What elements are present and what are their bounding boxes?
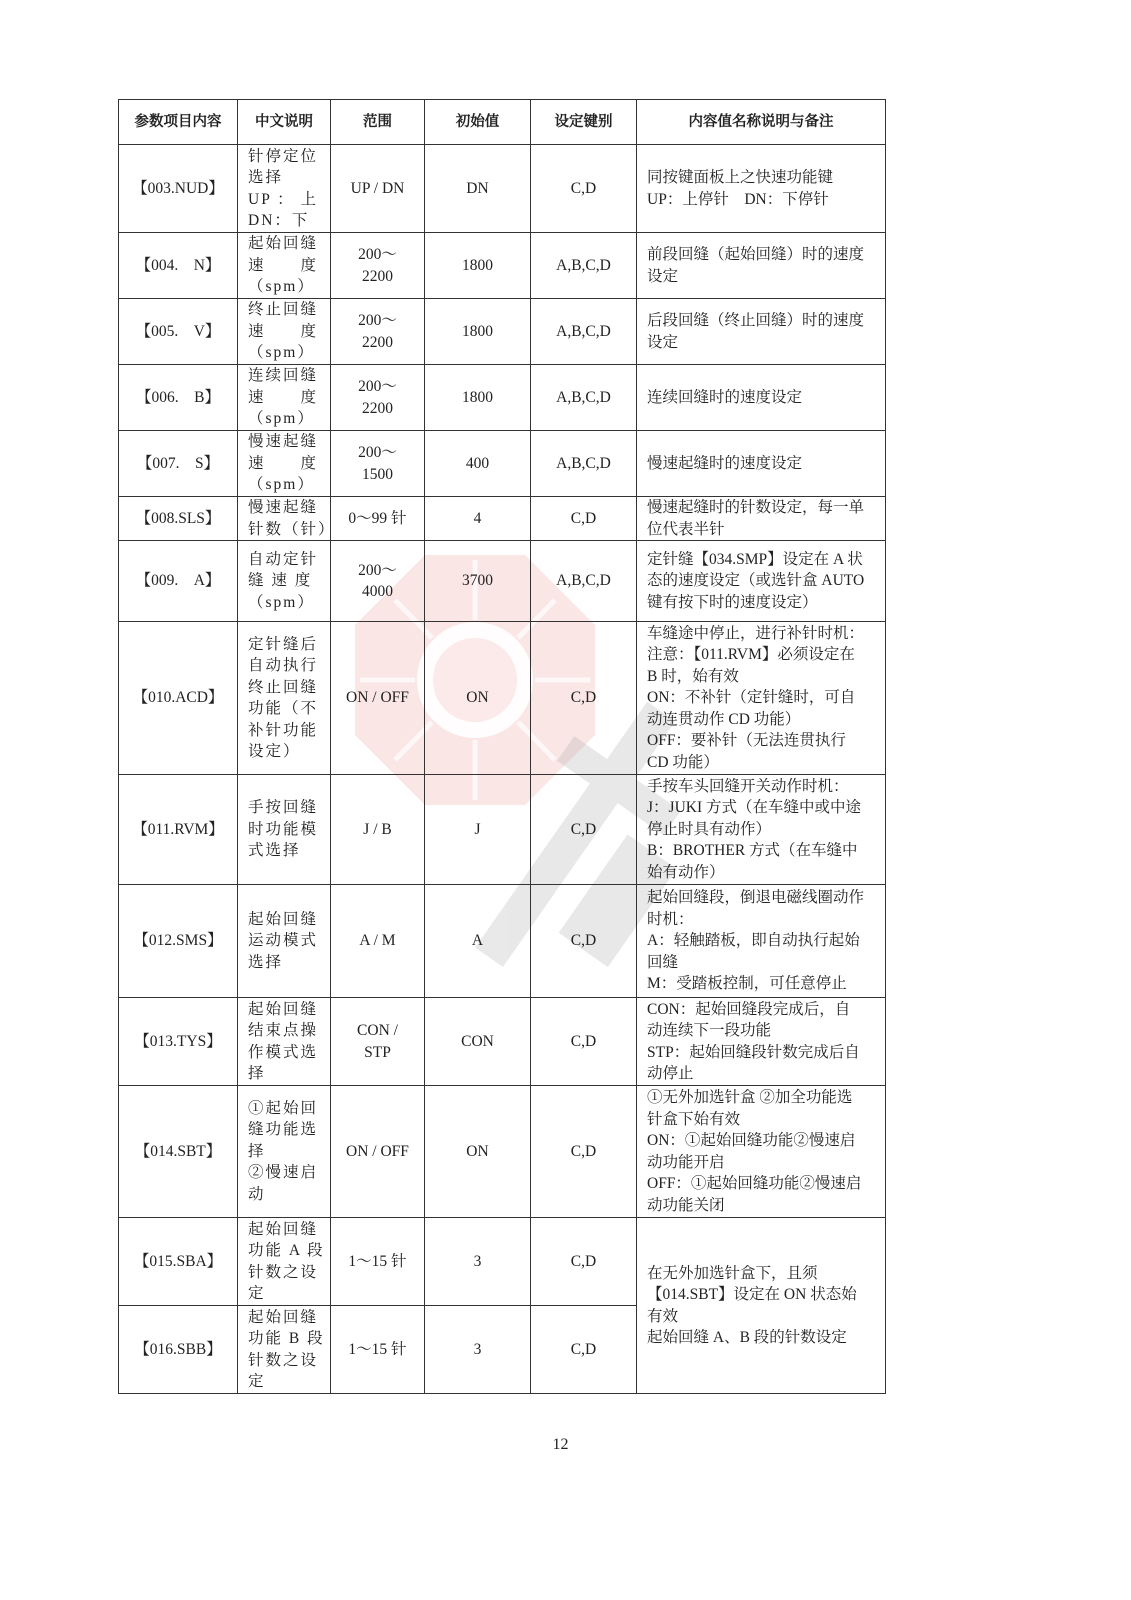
- range-value: CON /STP: [331, 998, 425, 1086]
- document-page: 参数项目内容 中文说明 范围 初始值 设定键别 内容值名称说明与备注 【003.…: [118, 99, 886, 1394]
- setting-keys: C,D: [531, 1086, 637, 1218]
- note-line: 定针缝【034.SMP】设定在 A 状: [647, 549, 875, 571]
- note-line: 动连续下一段功能: [647, 1020, 875, 1042]
- range-value: 1～15 针: [331, 1218, 425, 1306]
- description-line: 自动定针: [248, 549, 320, 571]
- setting-keys: A,B,C,D: [531, 233, 637, 299]
- range-line: 4000: [339, 581, 416, 603]
- table-row: 【011.RVM】手按回缝时功能模式选择J / BJC,D手按车头回缝开关动作时…: [119, 775, 886, 885]
- range-line: STP: [339, 1042, 416, 1064]
- shared-notes-cell: 在无外加选针盒下，且须【014.SBT】设定在 ON 状态始有效起始回缝 A、B…: [637, 1218, 886, 1394]
- note-line: 前段回缝（起始回缝）时的速度: [647, 244, 875, 266]
- note-line: 动功能关闭: [647, 1195, 875, 1217]
- chinese-description: 起始回缝运动模式选择: [238, 885, 331, 998]
- page-number: 12: [0, 1436, 1121, 1454]
- chinese-description: ①起始回缝功能选择②慢速启动: [238, 1086, 331, 1218]
- description-line: 运动模式: [248, 930, 320, 952]
- header-initial-value: 初始值: [425, 100, 531, 145]
- header-notes: 内容值名称说明与备注: [637, 100, 886, 145]
- note-line: 有效: [647, 1306, 875, 1328]
- note-line: A：轻触踏板，即自动执行起始: [647, 930, 875, 952]
- initial-value: 3: [425, 1306, 531, 1394]
- range-value: UP / DN: [331, 145, 425, 233]
- note-line: 车缝途中停止，进行补针时机：: [647, 623, 875, 645]
- range-line: 1～15 针: [339, 1339, 416, 1361]
- param-code: 【008.SLS】: [119, 497, 238, 541]
- description-line: 起始回缝: [248, 1307, 320, 1329]
- description-line: UP ： 上: [248, 189, 320, 211]
- range-value: 0～99 针: [331, 497, 425, 541]
- setting-keys: C,D: [531, 1306, 637, 1394]
- range-line: 200～: [339, 560, 416, 582]
- range-line: ON / OFF: [339, 687, 416, 709]
- table-row: 【008.SLS】慢速起缝针数（针）0～99 针4C,D慢速起缝时的针数设定，每…: [119, 497, 886, 541]
- description-line: 速 度: [248, 453, 320, 475]
- range-line: 200～: [339, 376, 416, 398]
- notes-cell: 后段回缝（终止回缝）时的速度设定: [637, 299, 886, 365]
- range-value: 1～15 针: [331, 1306, 425, 1394]
- notes-cell: 车缝途中停止，进行补针时机：注意：【011.RVM】必须设定在B 时，始有效ON…: [637, 622, 886, 775]
- description-line: 结束点操: [248, 1020, 320, 1042]
- note-line: ON：不补针（定针缝时，可自: [647, 687, 875, 709]
- description-line: 针停定位: [248, 146, 320, 168]
- notes-cell: 起始回缝段，倒退电磁线圈动作时机：A：轻触踏板，即自动执行起始回缝M：受踏板控制…: [637, 885, 886, 998]
- setting-keys: C,D: [531, 1218, 637, 1306]
- description-line: 终止回缝: [248, 299, 320, 321]
- range-line: ON / OFF: [339, 1141, 416, 1163]
- description-line: 时功能模: [248, 819, 320, 841]
- param-code: 【016.SBB】: [119, 1306, 238, 1394]
- range-value: 200～1500: [331, 431, 425, 497]
- param-code: 【003.NUD】: [119, 145, 238, 233]
- param-code: 【013.TYS】: [119, 998, 238, 1086]
- description-line: ②慢速启: [248, 1162, 320, 1184]
- param-code: 【004. N】: [119, 233, 238, 299]
- chinese-description: 起始回缝速 度（spm）: [238, 233, 331, 299]
- param-code: 【005. V】: [119, 299, 238, 365]
- chinese-description: 自动定针缝 速 度（spm）: [238, 541, 331, 622]
- notes-cell: 同按键面板上之快速功能键UP：上停针 DN：下停针: [637, 145, 886, 233]
- description-line: （spm）: [248, 408, 320, 430]
- initial-value: 1800: [425, 299, 531, 365]
- description-line: 择: [248, 1063, 320, 1085]
- table-header-row: 参数项目内容 中文说明 范围 初始值 设定键别 内容值名称说明与备注: [119, 100, 886, 145]
- initial-value: 4: [425, 497, 531, 541]
- initial-value: 3: [425, 1218, 531, 1306]
- initial-value: J: [425, 775, 531, 885]
- setting-keys: C,D: [531, 145, 637, 233]
- notes-cell: 定针缝【034.SMP】设定在 A 状态的速度设定（或选针盒 AUTO键有按下时…: [637, 541, 886, 622]
- description-line: 终止回缝: [248, 677, 320, 699]
- note-line: 回缝: [647, 952, 875, 974]
- initial-value: DN: [425, 145, 531, 233]
- range-value: 200～4000: [331, 541, 425, 622]
- notes-cell: 慢速起缝时的针数设定，每一单位代表半针: [637, 497, 886, 541]
- setting-keys: C,D: [531, 885, 637, 998]
- description-line: 手按回缝: [248, 797, 320, 819]
- note-line: 动停止: [647, 1063, 875, 1085]
- param-code: 【012.SMS】: [119, 885, 238, 998]
- chinese-description: 连续回缝速 度（spm）: [238, 365, 331, 431]
- header-chinese-desc: 中文说明: [238, 100, 331, 145]
- description-line: 动: [248, 1184, 320, 1206]
- header-setting-keys: 设定键别: [531, 100, 637, 145]
- range-line: J / B: [339, 819, 416, 841]
- description-line: 设定）: [248, 741, 320, 763]
- range-value: 200～2200: [331, 299, 425, 365]
- note-line: 动连贯动作 CD 功能）: [647, 709, 875, 731]
- table-row: 【003.NUD】针停定位选择UP ： 上DN：下UP / DNDNC,D同按键…: [119, 145, 886, 233]
- chinese-description: 慢速起缝速 度（spm）: [238, 431, 331, 497]
- description-line: 功能 A 段: [248, 1240, 320, 1262]
- note-line: 始有动作）: [647, 862, 875, 884]
- description-line: 慢速起缝: [248, 497, 320, 519]
- notes-cell: 连续回缝时的速度设定: [637, 365, 886, 431]
- description-line: 补针功能: [248, 720, 320, 742]
- description-line: 起始回缝: [248, 1219, 320, 1241]
- range-value: ON / OFF: [331, 1086, 425, 1218]
- description-line: （spm）: [248, 474, 320, 496]
- range-value: ON / OFF: [331, 622, 425, 775]
- description-line: 定: [248, 1371, 320, 1393]
- note-line: 动功能开启: [647, 1152, 875, 1174]
- note-line: 起始回缝 A、B 段的针数设定: [647, 1327, 875, 1349]
- initial-value: CON: [425, 998, 531, 1086]
- note-line: STP：起始回缝段针数完成后自: [647, 1042, 875, 1064]
- initial-value: 1800: [425, 365, 531, 431]
- note-line: 针盒下始有效: [647, 1109, 875, 1131]
- notes-cell: 慢速起缝时的速度设定: [637, 431, 886, 497]
- table-row: 【004. N】起始回缝速 度（spm）200～22001800A,B,C,D前…: [119, 233, 886, 299]
- description-line: DN：下: [248, 210, 320, 232]
- range-line: 2200: [339, 398, 416, 420]
- chinese-description: 起始回缝结束点操作模式选择: [238, 998, 331, 1086]
- note-line: 停止时具有动作）: [647, 819, 875, 841]
- description-line: （spm）: [248, 342, 320, 364]
- description-line: 定针缝后: [248, 634, 320, 656]
- description-line: 缝 速 度: [248, 570, 320, 592]
- range-line: CON /: [339, 1020, 416, 1042]
- notes-cell: 前段回缝（起始回缝）时的速度设定: [637, 233, 886, 299]
- initial-value: 1800: [425, 233, 531, 299]
- notes-cell: ①无外加选针盒 ②加全功能选针盒下始有效ON：①起始回缝功能②慢速启动功能开启O…: [637, 1086, 886, 1218]
- range-line: 1～15 针: [339, 1251, 416, 1273]
- param-code: 【006. B】: [119, 365, 238, 431]
- note-line: 在无外加选针盒下，且须: [647, 1263, 875, 1285]
- table-row: 【015.SBA】起始回缝功能 A 段针数之设定1～15 针3C,D在无外加选针…: [119, 1218, 886, 1306]
- range-value: 200～2200: [331, 233, 425, 299]
- note-line: ①无外加选针盒 ②加全功能选: [647, 1087, 875, 1109]
- param-code: 【014.SBT】: [119, 1086, 238, 1218]
- note-line: 注意：【011.RVM】必须设定在: [647, 644, 875, 666]
- chinese-description: 起始回缝功能 B 段针数之设定: [238, 1306, 331, 1394]
- range-value: A / M: [331, 885, 425, 998]
- description-line: 功能（不: [248, 698, 320, 720]
- range-value: J / B: [331, 775, 425, 885]
- range-line: UP / DN: [339, 178, 416, 200]
- setting-keys: A,B,C,D: [531, 365, 637, 431]
- header-range: 范围: [331, 100, 425, 145]
- note-line: 键有按下时的速度设定）: [647, 592, 875, 614]
- description-line: 起始回缝: [248, 233, 320, 255]
- note-line: 设定: [647, 332, 875, 354]
- description-line: 择: [248, 1141, 320, 1163]
- initial-value: A: [425, 885, 531, 998]
- note-line: 时机：: [647, 909, 875, 931]
- description-line: 选择: [248, 167, 320, 189]
- description-line: 式选择: [248, 840, 320, 862]
- table-row: 【013.TYS】起始回缝结束点操作模式选择CON /STPCONC,DCON：…: [119, 998, 886, 1086]
- description-line: 针数之设: [248, 1350, 320, 1372]
- chinese-description: 慢速起缝针数（针）: [238, 497, 331, 541]
- note-line: 设定: [647, 266, 875, 288]
- description-line: 选择: [248, 952, 320, 974]
- param-code: 【011.RVM】: [119, 775, 238, 885]
- note-line: 位代表半针: [647, 519, 875, 541]
- note-line: 连续回缝时的速度设定: [647, 387, 875, 409]
- note-line: CD 功能）: [647, 752, 875, 774]
- notes-cell: CON：起始回缝段完成后，自动连续下一段功能STP：起始回缝段针数完成后自动停止: [637, 998, 886, 1086]
- chinese-description: 终止回缝速 度（spm）: [238, 299, 331, 365]
- initial-value: 400: [425, 431, 531, 497]
- description-line: 速 度: [248, 321, 320, 343]
- description-line: 作模式选: [248, 1042, 320, 1064]
- parameter-table: 参数项目内容 中文说明 范围 初始值 设定键别 内容值名称说明与备注 【003.…: [118, 99, 886, 1394]
- description-line: 慢速起缝: [248, 431, 320, 453]
- range-value: 200～2200: [331, 365, 425, 431]
- note-line: J：JUKI 方式（在车缝中或中途: [647, 797, 875, 819]
- description-line: 针数之设: [248, 1262, 320, 1284]
- param-code: 【007. S】: [119, 431, 238, 497]
- note-line: OFF：①起始回缝功能②慢速启: [647, 1173, 875, 1195]
- table-row: 【009. A】自动定针缝 速 度（spm）200～40003700A,B,C,…: [119, 541, 886, 622]
- description-line: （spm）: [248, 276, 320, 298]
- description-line: 针数（针）: [248, 519, 320, 541]
- setting-keys: A,B,C,D: [531, 299, 637, 365]
- note-line: B：BROTHER 方式（在车缝中: [647, 840, 875, 862]
- range-line: 200～: [339, 442, 416, 464]
- notes-cell: 手按车头回缝开关动作时机：J：JUKI 方式（在车缝中或中途停止时具有动作）B：…: [637, 775, 886, 885]
- param-code: 【015.SBA】: [119, 1218, 238, 1306]
- initial-value: ON: [425, 1086, 531, 1218]
- note-line: OFF：要补针（无法连贯执行: [647, 730, 875, 752]
- initial-value: ON: [425, 622, 531, 775]
- note-line: 后段回缝（终止回缝）时的速度: [647, 310, 875, 332]
- note-line: B 时，始有效: [647, 666, 875, 688]
- table-row: 【014.SBT】①起始回缝功能选择②慢速启动ON / OFFONC,D①无外加…: [119, 1086, 886, 1218]
- setting-keys: C,D: [531, 998, 637, 1086]
- description-line: ①起始回: [248, 1098, 320, 1120]
- note-line: UP：上停针 DN：下停针: [647, 189, 875, 211]
- description-line: 起始回缝: [248, 909, 320, 931]
- note-line: 慢速起缝时的针数设定，每一单: [647, 497, 875, 519]
- note-line: M：受踏板控制，可任意停止: [647, 973, 875, 995]
- table-row: 【005. V】终止回缝速 度（spm）200～22001800A,B,C,D后…: [119, 299, 886, 365]
- chinese-description: 手按回缝时功能模式选择: [238, 775, 331, 885]
- table-row: 【006. B】连续回缝速 度（spm）200～22001800A,B,C,D连…: [119, 365, 886, 431]
- description-line: 定: [248, 1283, 320, 1305]
- table-row: 【010.ACD】定针缝后自动执行终止回缝功能（不补针功能设定）ON / OFF…: [119, 622, 886, 775]
- description-line: 连续回缝: [248, 365, 320, 387]
- range-line: 2200: [339, 332, 416, 354]
- note-line: 【014.SBT】设定在 ON 状态始: [647, 1284, 875, 1306]
- description-line: 自动执行: [248, 655, 320, 677]
- note-line: 起始回缝段，倒退电磁线圈动作: [647, 887, 875, 909]
- table-row: 【012.SMS】起始回缝运动模式选择A / MAC,D起始回缝段，倒退电磁线圈…: [119, 885, 886, 998]
- param-code: 【009. A】: [119, 541, 238, 622]
- description-line: 速 度: [248, 255, 320, 277]
- note-line: 态的速度设定（或选针盒 AUTO: [647, 570, 875, 592]
- setting-keys: A,B,C,D: [531, 541, 637, 622]
- note-line: 同按键面板上之快速功能键: [647, 167, 875, 189]
- description-line: 功能 B 段: [248, 1328, 320, 1350]
- range-line: 200～: [339, 244, 416, 266]
- description-line: 速 度: [248, 387, 320, 409]
- chinese-description: 针停定位选择UP ： 上DN：下: [238, 145, 331, 233]
- description-line: 起始回缝: [248, 999, 320, 1021]
- note-line: ON：①起始回缝功能②慢速启: [647, 1130, 875, 1152]
- range-line: 0～99 针: [339, 508, 416, 530]
- setting-keys: C,D: [531, 622, 637, 775]
- param-code: 【010.ACD】: [119, 622, 238, 775]
- note-line: 手按车头回缝开关动作时机：: [647, 776, 875, 798]
- range-line: 2200: [339, 266, 416, 288]
- setting-keys: C,D: [531, 497, 637, 541]
- header-param: 参数项目内容: [119, 100, 238, 145]
- chinese-description: 定针缝后自动执行终止回缝功能（不补针功能设定）: [238, 622, 331, 775]
- range-line: A / M: [339, 930, 416, 952]
- setting-keys: C,D: [531, 775, 637, 885]
- table-row: 【007. S】慢速起缝速 度（spm）200～1500400A,B,C,D慢速…: [119, 431, 886, 497]
- setting-keys: A,B,C,D: [531, 431, 637, 497]
- description-line: （spm）: [248, 592, 320, 614]
- note-line: CON：起始回缝段完成后，自: [647, 999, 875, 1021]
- description-line: 缝功能选: [248, 1119, 320, 1141]
- range-line: 200～: [339, 310, 416, 332]
- range-line: 1500: [339, 464, 416, 486]
- initial-value: 3700: [425, 541, 531, 622]
- note-line: 慢速起缝时的速度设定: [647, 453, 875, 475]
- chinese-description: 起始回缝功能 A 段针数之设定: [238, 1218, 331, 1306]
